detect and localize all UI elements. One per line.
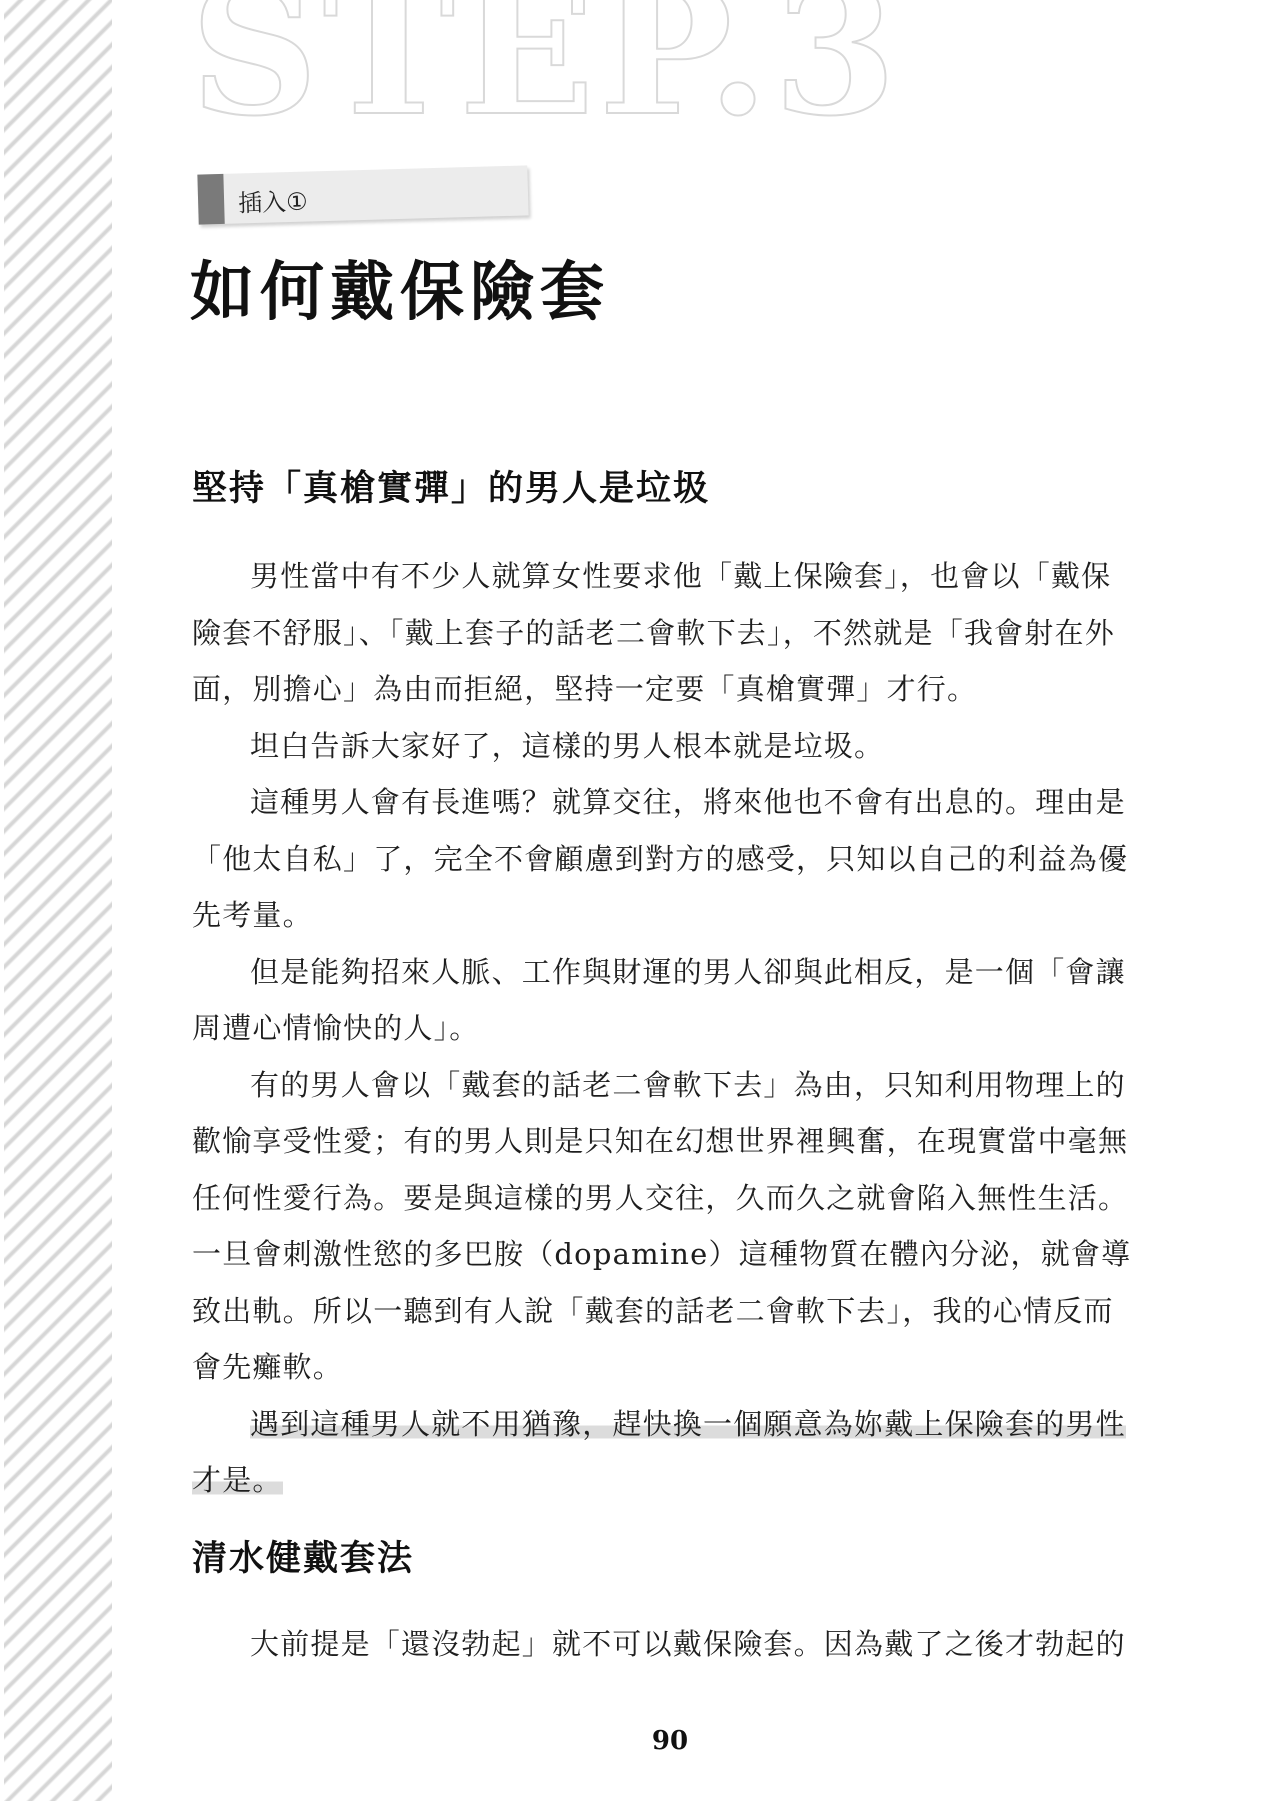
paragraph: 有的男人會以「戴套的話老二會軟下去」為由，只知利用物理上的歡愉享受性愛；有的男人… [192,1057,1132,1396]
highlight-text: 遇到這種男人就不用猶豫，趕快換一個願意為妳戴上保險套的男性才是。 [192,1407,1126,1498]
section-heading-2: 清水健戴套法 [192,1538,414,1580]
decorative-diagonal-stripe-border [4,0,112,1801]
tag-marker-bar [197,174,224,225]
paragraph: 男性當中有不少人就算女性要求他「戴上保險套」，也會以「戴保險套不舒服」、「戴上套… [192,548,1132,718]
paragraph: 但是能夠招來人脈、工作與財運的男人卻與此相反，是一個「會讓周遭心情愉快的人」。 [192,944,1132,1057]
section-tag: 插入① [197,165,528,224]
paragraph: 這種男人會有長進嗎？就算交往，將來他也不會有出息的。理由是「他太自私」了，完全不… [192,774,1132,944]
tag-label: 插入① [238,182,308,219]
paragraph: 坦白告訴大家好了，這樣的男人根本就是垃圾。 [192,718,1132,775]
page-title: 如何戴保險套 [190,258,610,328]
section-heading-1: 堅持「真槍實彈」的男人是垃圾 [192,468,710,510]
highlighted-paragraph: 遇到這種男人就不用猶豫，趕快換一個願意為妳戴上保險套的男性才是。 [192,1396,1132,1509]
step-watermark: STEP.3 [190,0,901,140]
section-2-body: 大前提是「還沒勃起」就不可以戴保險套。因為戴了之後才勃起的 [192,1616,1132,1673]
paragraph: 大前提是「還沒勃起」就不可以戴保險套。因為戴了之後才勃起的 [192,1616,1132,1673]
section-1-body: 男性當中有不少人就算女性要求他「戴上保險套」，也會以「戴保險套不舒服」、「戴上套… [192,548,1132,1509]
page-number: 90 [0,1726,1280,1756]
